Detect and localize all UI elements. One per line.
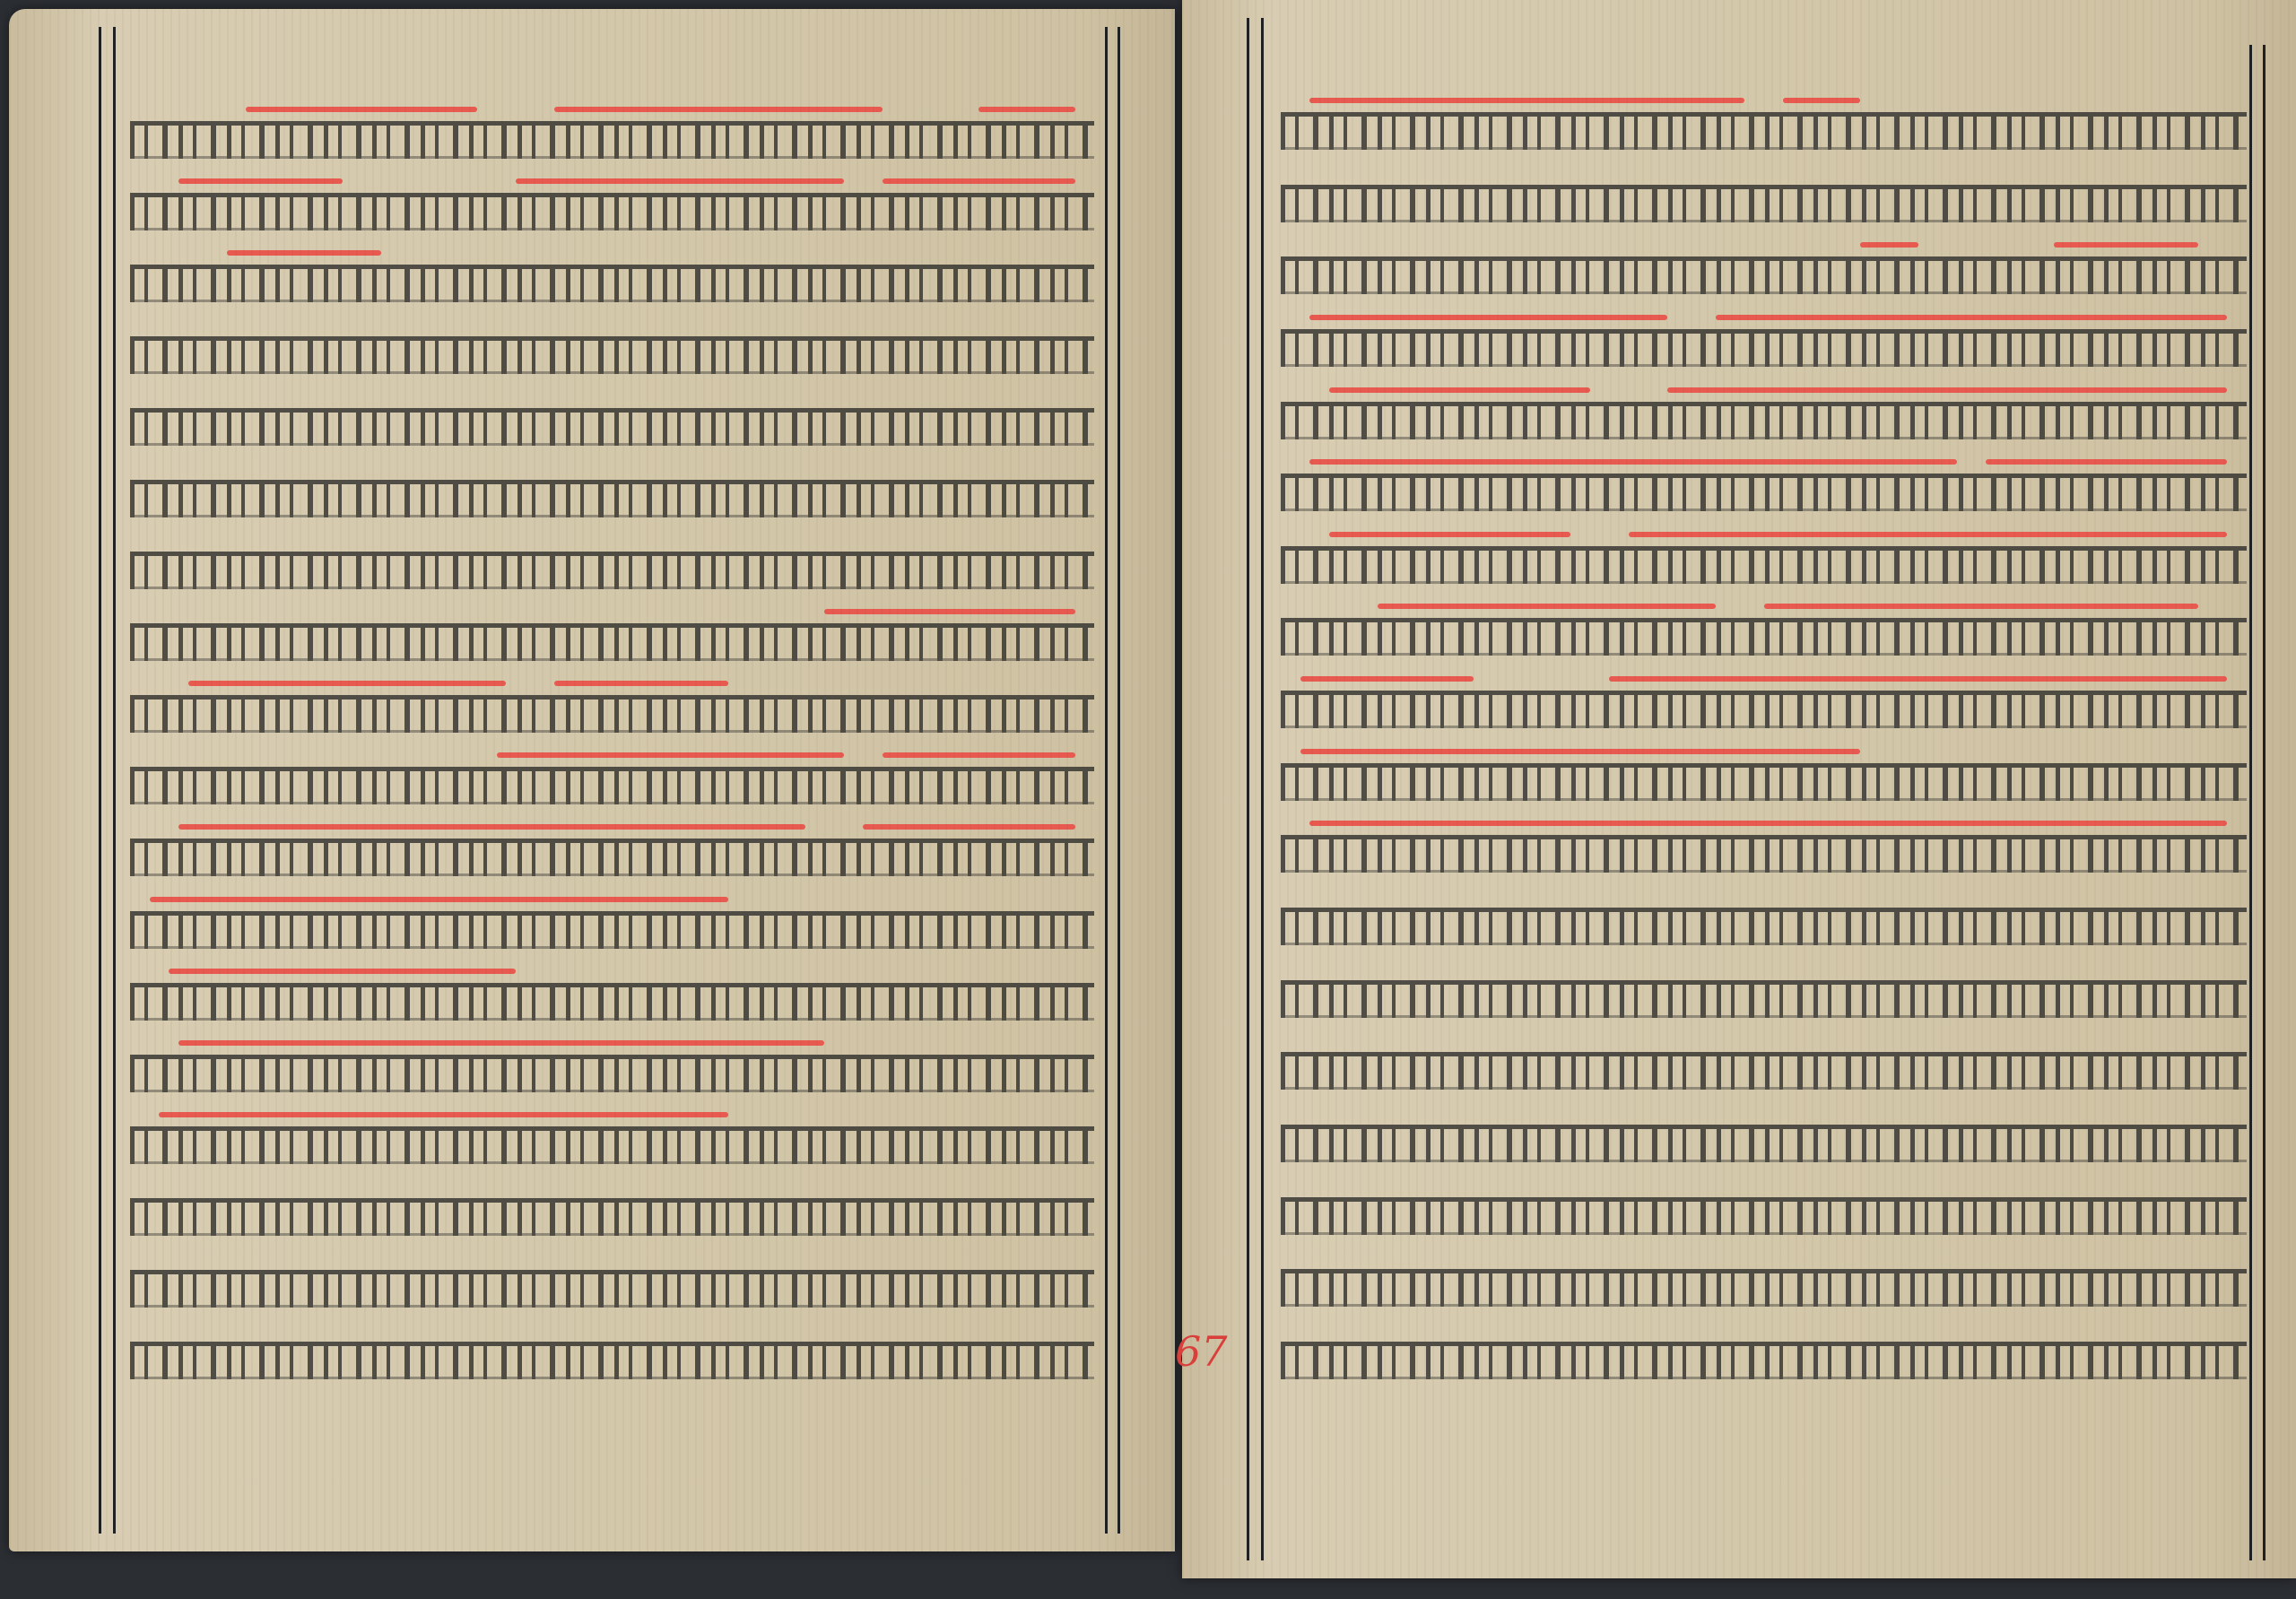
- handwritten-text: [1281, 1125, 2247, 1162]
- handwritten-text: [130, 623, 1094, 661]
- handwritten-text: [130, 1126, 1094, 1164]
- margin-rule: [2249, 45, 2252, 1560]
- script-line: [1281, 609, 2247, 648]
- script-line: [130, 1333, 1094, 1372]
- red-highlight-line: [554, 681, 728, 686]
- script-line: [130, 1117, 1094, 1157]
- script-line: [130, 184, 1094, 223]
- red-highlight-line: [1300, 749, 1861, 754]
- handwritten-text: [1281, 329, 2247, 367]
- handwritten-text: [1281, 908, 2247, 945]
- script-line: [130, 902, 1094, 942]
- left-page: [9, 9, 1175, 1551]
- handwritten-text: [1281, 691, 2247, 728]
- red-highlight-line: [1860, 242, 1918, 248]
- red-highlight-line: [863, 824, 1075, 830]
- right-page: [1182, 0, 2296, 1578]
- margin-rule: [113, 27, 116, 1534]
- red-highlight-line: [883, 752, 1075, 758]
- red-highlight-line: [188, 681, 507, 686]
- red-highlight-line: [824, 609, 1075, 614]
- handwritten-text: [130, 1198, 1094, 1236]
- handwritten-text: [130, 839, 1094, 876]
- handwritten-text: [1281, 474, 2247, 511]
- text-block: [1281, 103, 2247, 1372]
- script-line: [130, 1189, 1094, 1229]
- script-line: [1281, 971, 2247, 1011]
- script-line: [1281, 754, 2247, 794]
- handwritten-text: [1281, 185, 2247, 222]
- red-highlight-line: [1667, 387, 2228, 393]
- red-highlight-line: [883, 178, 1075, 184]
- script-line: [1281, 248, 2247, 287]
- script-line: [130, 974, 1094, 1013]
- handwritten-text: [1281, 402, 2247, 439]
- red-highlight-line: [1609, 676, 2227, 682]
- red-highlight-line: [554, 107, 883, 112]
- script-line: [130, 758, 1094, 797]
- red-highlight-line: [978, 107, 1075, 112]
- script-line: [1281, 103, 2247, 143]
- red-highlight-line: [150, 897, 728, 902]
- handwritten-text: [1281, 546, 2247, 584]
- script-line: [130, 471, 1094, 510]
- handwritten-text: [1281, 1342, 2247, 1379]
- margin-rule: [1261, 18, 1264, 1560]
- red-highlight-line: [1329, 532, 1570, 537]
- red-highlight-line: [246, 107, 477, 112]
- margin-rule: [2263, 45, 2266, 1560]
- script-line: [130, 830, 1094, 869]
- handwritten-text: [1281, 1052, 2247, 1090]
- script-line: [130, 112, 1094, 152]
- script-line: [1281, 1188, 2247, 1228]
- script-line: [130, 256, 1094, 295]
- script-line: [130, 1046, 1094, 1085]
- red-highlight-line: [1629, 532, 2228, 537]
- red-highlight-line: [159, 1112, 727, 1117]
- script-line: [1281, 826, 2247, 865]
- script-line: [1281, 682, 2247, 721]
- script-line: [130, 1261, 1094, 1300]
- script-line: [1281, 537, 2247, 577]
- script-line: [130, 543, 1094, 582]
- handwritten-text: [1281, 256, 2247, 294]
- handwritten-text: [130, 552, 1094, 589]
- script-line: [130, 614, 1094, 654]
- handwritten-text: [1281, 980, 2247, 1018]
- script-line: [1281, 1116, 2247, 1155]
- red-highlight-line: [1309, 459, 1957, 465]
- red-highlight-line: [2054, 242, 2199, 248]
- red-highlight-line: [497, 752, 844, 758]
- red-highlight-line: [1378, 604, 1716, 609]
- red-highlight-line: [178, 1040, 824, 1046]
- script-line: [1281, 1043, 2247, 1082]
- handwritten-text: [130, 336, 1094, 374]
- handwritten-text: [1281, 1197, 2247, 1235]
- folio-number: 67: [1175, 1327, 1228, 1376]
- handwritten-text: [130, 983, 1094, 1021]
- handwritten-text: [130, 695, 1094, 733]
- red-highlight-line: [1764, 604, 2199, 609]
- open-manuscript: 67: [0, 0, 2296, 1599]
- handwritten-text: [130, 193, 1094, 230]
- margin-rule: [1105, 27, 1108, 1534]
- red-highlight-line: [1783, 98, 1860, 103]
- handwritten-text: [130, 121, 1094, 159]
- handwritten-text: [130, 911, 1094, 949]
- handwritten-text: [130, 1055, 1094, 1092]
- handwritten-text: [130, 265, 1094, 302]
- red-highlight-line: [1309, 821, 2227, 826]
- handwritten-text: [130, 480, 1094, 517]
- handwritten-text: [130, 767, 1094, 804]
- handwritten-text: [130, 1342, 1094, 1379]
- handwritten-text: [1281, 618, 2247, 656]
- script-line: [1281, 465, 2247, 504]
- red-highlight-line: [1986, 459, 2227, 465]
- handwritten-text: [1281, 763, 2247, 801]
- red-highlight-line: [227, 250, 381, 256]
- red-highlight-line: [1309, 315, 1666, 320]
- handwritten-text: [130, 1270, 1094, 1308]
- script-line: [1281, 1333, 2247, 1372]
- red-highlight-line: [178, 824, 805, 830]
- handwritten-text: [130, 408, 1094, 446]
- script-line: [1281, 176, 2247, 215]
- script-line: [1281, 320, 2247, 360]
- red-highlight-line: [516, 178, 844, 184]
- red-highlight-line: [169, 969, 516, 974]
- text-block: [130, 112, 1094, 1372]
- script-line: [130, 686, 1094, 726]
- margin-rule: [1247, 18, 1249, 1560]
- handwritten-text: [1281, 112, 2247, 150]
- script-line: [1281, 393, 2247, 432]
- margin-rule: [99, 27, 101, 1534]
- red-highlight-line: [1716, 315, 2228, 320]
- script-line: [1281, 1260, 2247, 1299]
- handwritten-text: [1281, 835, 2247, 873]
- script-line: [130, 327, 1094, 367]
- red-highlight-line: [178, 178, 343, 184]
- red-highlight-line: [1329, 387, 1590, 393]
- red-highlight-line: [1309, 98, 1744, 103]
- script-line: [130, 399, 1094, 439]
- margin-rule: [1118, 27, 1120, 1534]
- handwritten-text: [1281, 1269, 2247, 1307]
- script-line: [1281, 899, 2247, 938]
- red-highlight-line: [1300, 676, 1474, 682]
